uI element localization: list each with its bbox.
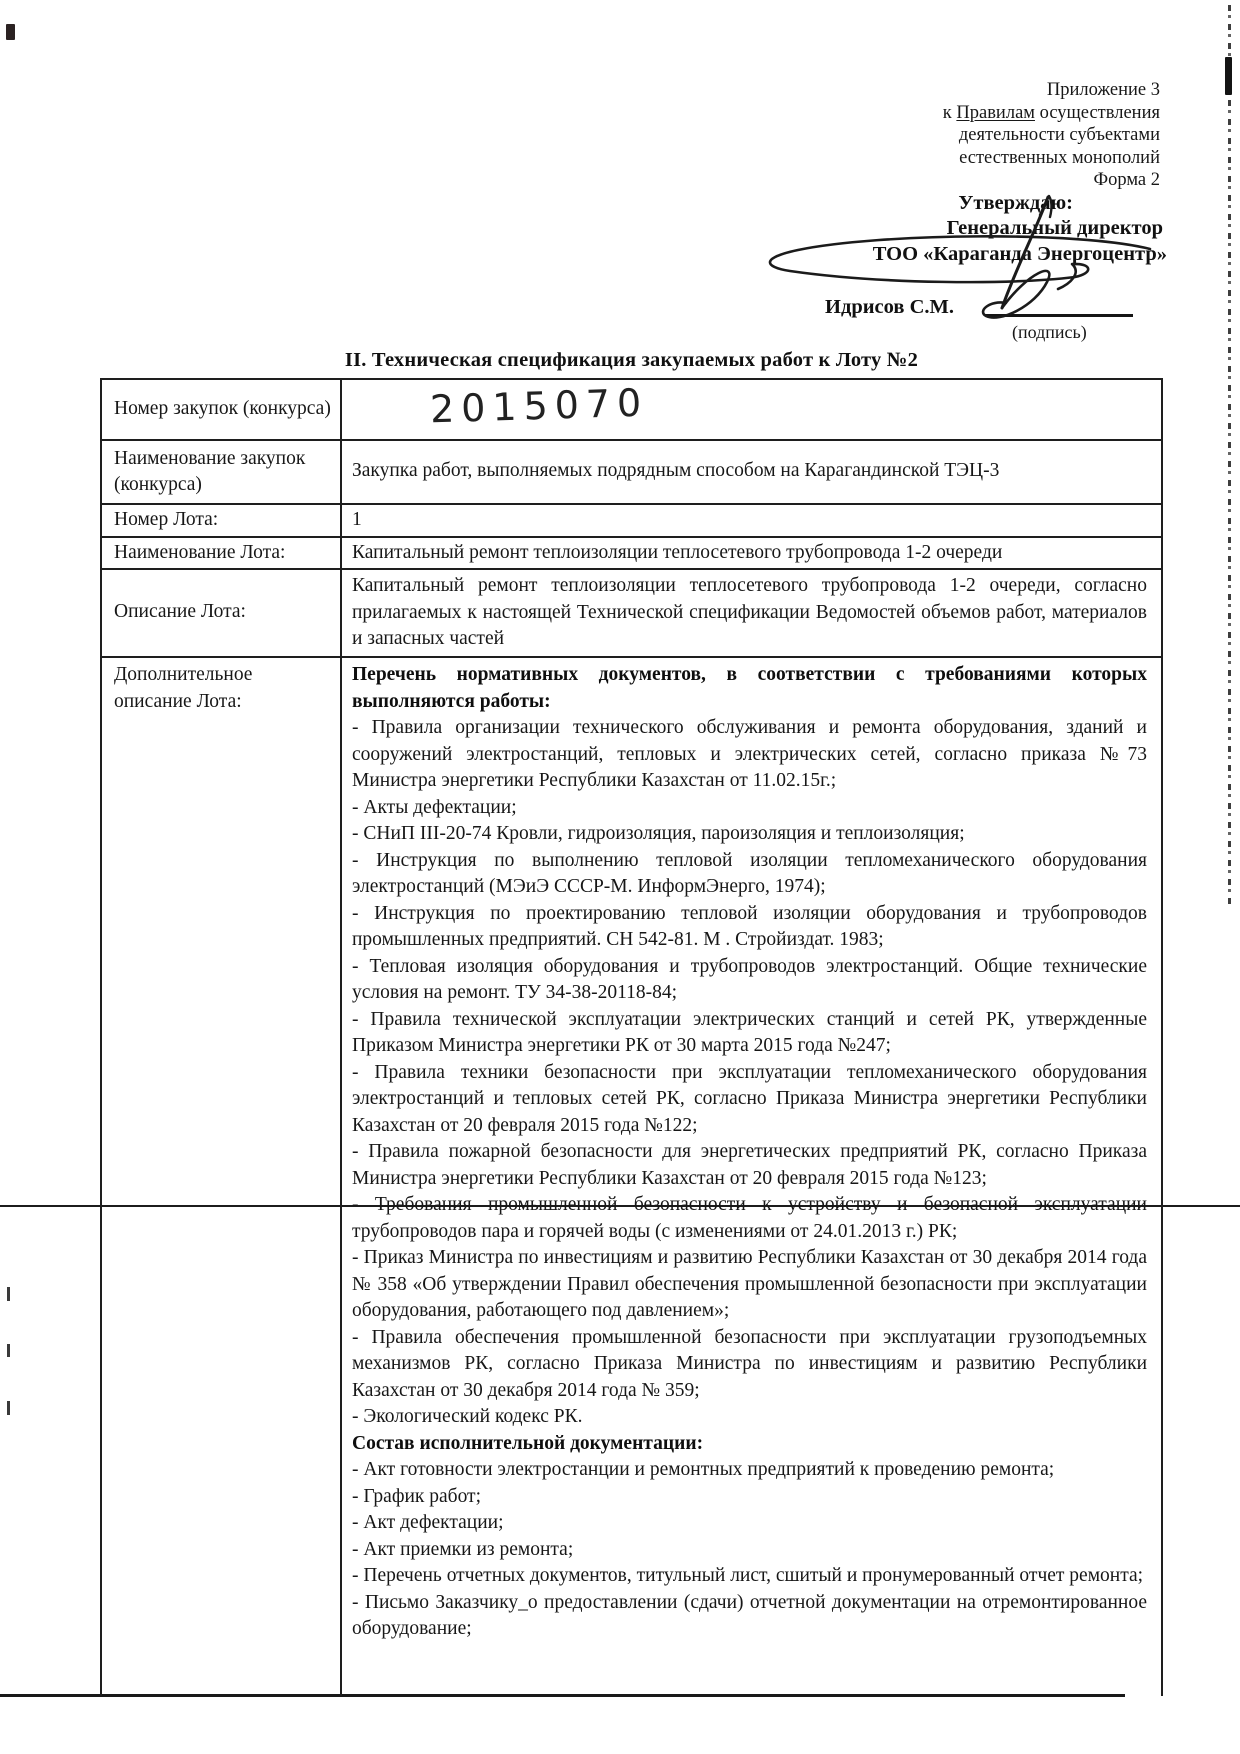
table-row-lot-name: Наименование Лота: Капитальный ремонт те… [101,537,1162,570]
normative-item: - СНиП III-20-74 Кровли, гидроизоляция, … [352,821,1147,848]
scanned-document-page: Приложение 3 к Правилам осуществления де… [0,0,1240,1754]
composition-item: - Перечень отчетных документов, титульны… [352,1563,1147,1590]
lot-description-value: Капитальный ремонт теплоизоляции теплосе… [341,569,1162,657]
lot-number-label: Номер Лота: [101,504,341,537]
composition-item: - Письмо Заказчику_о предоставлении (сда… [352,1590,1147,1643]
spec-table-container: Номер закупок (конкурса) 2015070 Наимено… [100,378,1166,1696]
composition-item: - Акт приемки из ремонта; [352,1537,1147,1564]
lot-name-label: Наименование Лота: [101,537,341,570]
lot-description-label: Описание Лота: [101,569,341,657]
lot-number-value: 1 [341,504,1162,537]
rules-underlined-word: Правилам [956,103,1035,123]
appendix-line-3: деятельности субъектами [943,124,1160,147]
document-title: II. Техническая спецификация закупаемых … [100,349,1163,372]
lot-additional-label: Дополнительное описание Лота: [101,657,341,1696]
normative-item: - Правила пожарной безопасности для энер… [352,1139,1147,1192]
appendix-form-number: Форма 2 [943,169,1160,192]
normative-item: - Тепловая изоляция оборудования и трубо… [352,954,1147,1007]
normative-item: - Инструкция по проектированию тепловой … [352,901,1147,954]
composition-item: - График работ; [352,1484,1147,1511]
purchase-number-handwritten-value: 2015070 [430,390,649,423]
normative-item: - Инструкция по выполнению тепловой изол… [352,848,1147,901]
approver-name: Идрисов С.М. [825,296,954,319]
lot-name-value: Капитальный ремонт теплоизоляции теплосе… [341,537,1162,570]
purchase-number-label: Номер закупок (конкурса) [101,379,341,440]
table-row-purchase-number: Номер закупок (конкурса) 2015070 [101,379,1162,440]
normative-heading: Перечень нормативных документов, в соотв… [352,662,1147,715]
scan-left-dash [7,1344,10,1357]
normative-item: - Акты дефектации; [352,795,1147,822]
appendix-line-1: Приложение 3 [943,79,1160,102]
table-row-lot-description: Описание Лота: Капитальный ремонт теплои… [101,569,1162,657]
table-row-lot-number: Номер Лота: 1 [101,504,1162,537]
table-row-purchase-name: Наименование закупок (конкурса) Закупка … [101,440,1162,504]
scan-corner-mark [6,24,15,40]
appendix-line-4: естественных монополий [943,147,1160,170]
appendix-line-2-suffix: осуществления [1040,103,1160,123]
approver-company: ТОО «Караганда Энергоцентр» [873,243,1167,266]
scan-left-dash [7,1401,10,1415]
appendix-line-2: к Правилам осуществления [943,102,1160,125]
normative-item: - Правила организации технического обслу… [352,715,1147,795]
appendix-line-2-prefix: к [943,103,952,123]
appendix-reference-block: Приложение 3 к Правилам осуществления де… [943,79,1160,192]
composition-item: - Акт готовности электростанции и ремонт… [352,1457,1147,1484]
signature-caption: (подпись) [1012,322,1087,343]
purchase-name-value: Закупка работ, выполняемых подрядным спо… [341,440,1162,504]
signature-line [985,314,1133,317]
normative-item: - Правила обеспечения промышленной безоп… [352,1325,1147,1405]
scan-edge-artifact-right [1228,5,1231,905]
spec-table: Номер закупок (конкурса) 2015070 Наимено… [100,378,1163,1696]
composition-heading: Состав исполнительной документации: [352,1431,1147,1458]
purchase-name-label: Наименование закупок (конкурса) [101,440,341,504]
approve-label: Утверждаю: [958,192,1073,215]
approver-position: Генеральный директор [947,217,1163,240]
normative-item: - Приказ Министра по инвестициям и разви… [352,1245,1147,1325]
table-row-lot-additional: Дополнительное описание Лота: Перечень н… [101,657,1162,1696]
normative-item: - Правила техники безопасности при экспл… [352,1060,1147,1140]
scan-left-dash [7,1287,10,1301]
normative-item: - Экологический кодекс РК. [352,1404,1147,1431]
normative-item: - Требования промышленной безопасности к… [352,1192,1147,1245]
purchase-number-cell: 2015070 [341,379,1162,440]
composition-item: - Акт дефектации; [352,1510,1147,1537]
normative-item: - Правила технической эксплуатации элект… [352,1007,1147,1060]
scan-edge-blob [1225,57,1232,95]
lot-additional-value: Перечень нормативных документов, в соотв… [341,657,1162,1696]
